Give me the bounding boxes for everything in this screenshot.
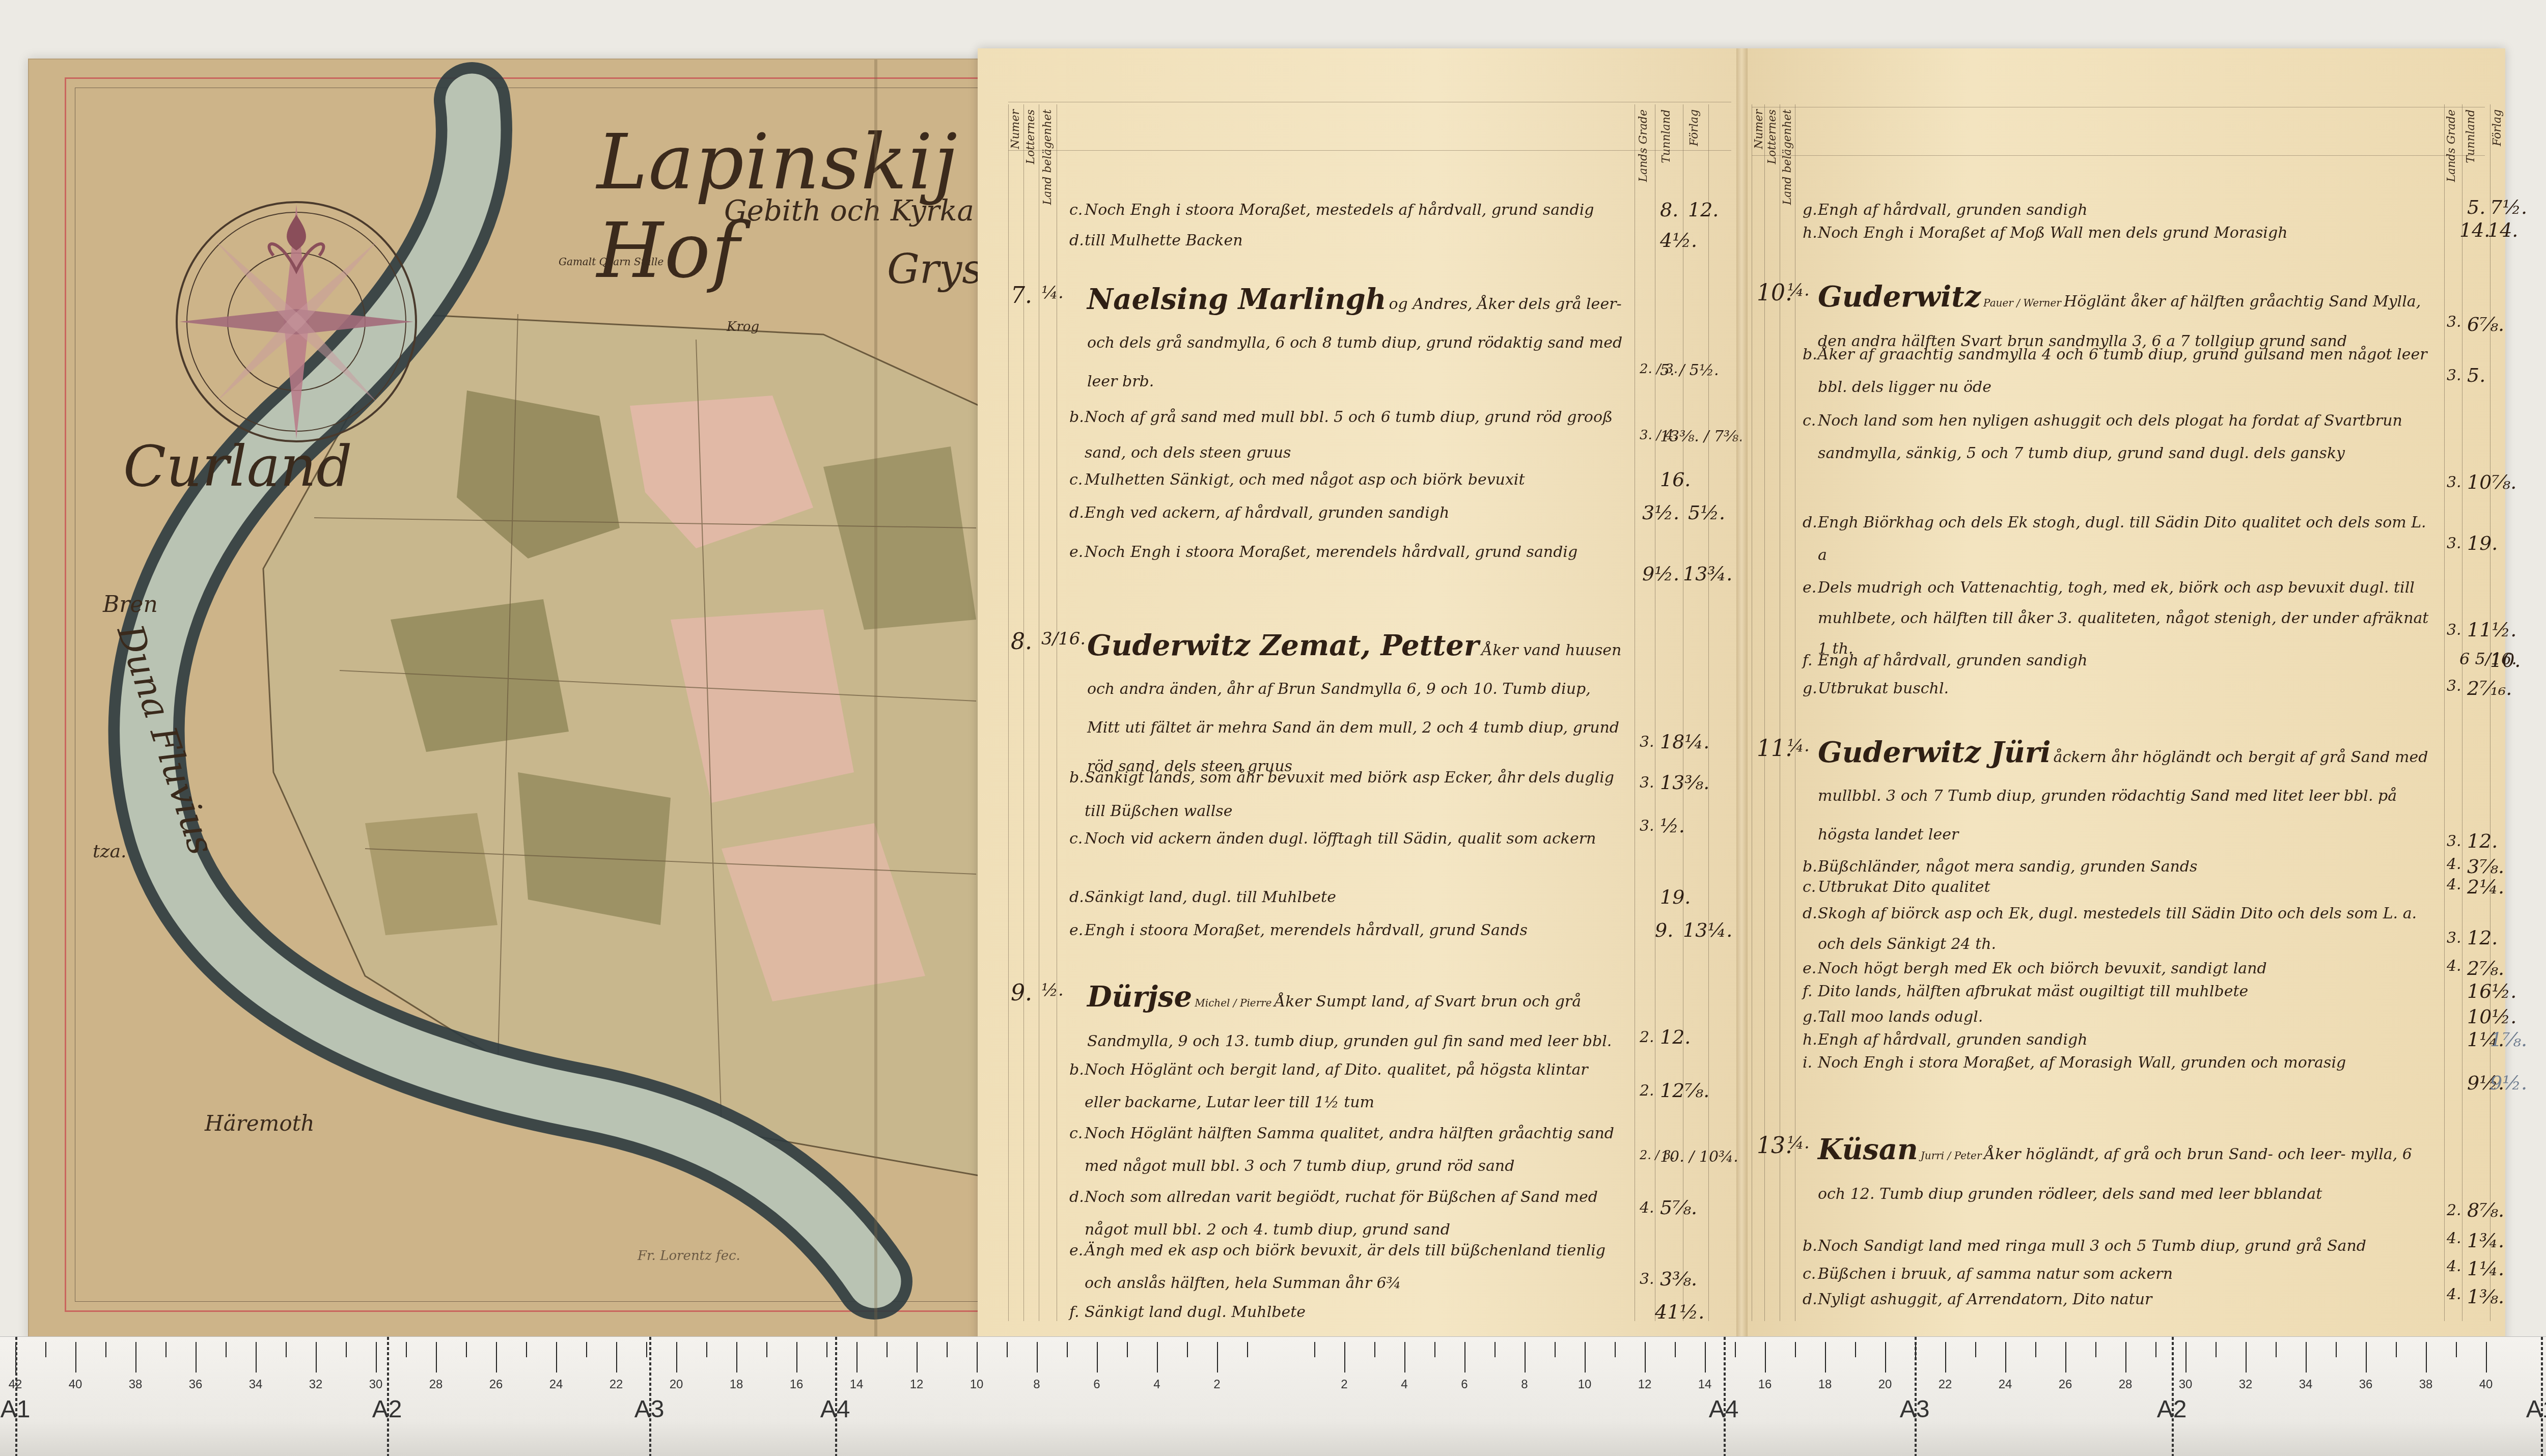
ruler-tick [766, 1342, 767, 1357]
row-value: 5⅞. [1660, 1196, 1697, 1219]
ruler-number: 24 [549, 1378, 563, 1392]
ruler-tick [2456, 1342, 2457, 1357]
row-extra: 9½. [2490, 1072, 2527, 1094]
ruler-tick [2185, 1342, 2187, 1373]
row-value: ½. [1660, 815, 1685, 837]
ruler-number: 8 [1033, 1378, 1040, 1392]
ledger-row: c.Mulhetten Sänkigt, och med något asp o… [1085, 471, 1525, 489]
ruler-number: 8 [1521, 1378, 1528, 1392]
column-header-lotter: Lotternes [1766, 109, 1779, 164]
ruler-tick [256, 1342, 257, 1373]
row-value: 6⅞. [2467, 313, 2504, 335]
label-curland: Curland [123, 434, 352, 499]
ruler-number: 20 [670, 1378, 683, 1392]
ruler-number: 22 [1939, 1378, 1952, 1392]
row-grade: 3. [2447, 313, 2461, 331]
column-rule [2462, 104, 2462, 1321]
row-value: 18¼. [1660, 731, 1709, 753]
ruler-tick [376, 1342, 377, 1373]
column-rule [2444, 104, 2445, 1321]
row-grade: 3. [2447, 621, 2461, 639]
row-extra: 13¾. [1683, 563, 1732, 585]
column-header-grade: Lands Grade [2445, 109, 2458, 182]
ledger-row: g.Tall moo lands odugl. [1818, 1008, 1983, 1026]
ruler-tick [616, 1342, 617, 1373]
ruler-number: 32 [2239, 1378, 2253, 1392]
ruler-tick [1037, 1342, 1038, 1373]
ruler-tick [1097, 1342, 1098, 1373]
ruler-tick [526, 1342, 527, 1357]
row-value: 3⅜. [1660, 1268, 1697, 1290]
row-value: 3½. [1642, 501, 1679, 524]
ruler-tick [1067, 1342, 1068, 1357]
ruler-tick [706, 1342, 707, 1357]
ruler-tick [1525, 1342, 1526, 1373]
ruler-number: 4 [1401, 1378, 1407, 1392]
column-header-numer: Numer [1753, 109, 1765, 149]
ruler-number: 38 [129, 1378, 143, 1392]
row-extra: 5½. [1688, 501, 1725, 524]
row-value: 5. / 5½. [1660, 361, 1719, 379]
ruler-tick [496, 1342, 497, 1373]
row-extra: 12. [1688, 199, 1719, 221]
column-header-forlag: Förlag [2491, 109, 2504, 146]
paper-size-mark [1724, 1337, 1726, 1456]
row-extra: 13¼. [1683, 919, 1732, 941]
ruler-tick [1217, 1342, 1218, 1373]
ruler-tick [316, 1342, 317, 1373]
header-rule [1752, 107, 2485, 107]
ruler-tick [1404, 1342, 1405, 1373]
ledger-row: b.Büßchländer, något mera sandig, grunde… [1818, 858, 2197, 876]
ruler-tick [165, 1342, 167, 1357]
ruler-tick [1464, 1342, 1465, 1373]
ruler-tick [1675, 1342, 1676, 1357]
ruler-tick [1795, 1342, 1796, 1357]
ledger-row: h.Noch Engh i Moraßet af Moß Wall men de… [1818, 224, 2288, 242]
ruler-number: 10 [1578, 1378, 1592, 1392]
ruler-number: 30 [2179, 1378, 2193, 1392]
row-value: 11½. [2467, 619, 2516, 641]
ledger-row: e.Engh i stoora Moraßet, merendels hårdv… [1085, 921, 1528, 939]
ledger-entry-11: 11.¼. Guderwitz Jüri åckern åhr högländt… [1818, 736, 2429, 854]
ledger-row: c.Noch land som hen nyligen ashuggit och… [1818, 405, 2429, 470]
ruler-tick [1705, 1342, 1706, 1373]
ledger-row: c.Büßchen i bruuk, af samma natur som ac… [1818, 1265, 2173, 1283]
header-rule [1008, 150, 1731, 151]
ruler-tick [1825, 1342, 1826, 1373]
column-rule [1683, 104, 1683, 1321]
ruler-number: 24 [1999, 1378, 2012, 1392]
row-value: 12. [1660, 1026, 1691, 1048]
ruler-number: 28 [2119, 1378, 2133, 1392]
column-header-lotter: Lotternes [1025, 109, 1037, 164]
ruler-tick [45, 1342, 46, 1357]
ruler-tick [1495, 1342, 1496, 1357]
label-gamalt-qvarn: Gamalt Qvarn Ställe [559, 256, 663, 268]
ledger-row: e.Noch högt bergh med Ek och biörch bevu… [1818, 960, 2267, 977]
row-grade: 4. [1640, 1199, 1654, 1217]
row-value: 2⅞. [2467, 957, 2504, 979]
map-subtitle: Gebith och Kyrka [724, 194, 974, 228]
ledger-row: h.Engh af hårdvall, grunden sandigh [1818, 1031, 2088, 1049]
ruler-tick [676, 1342, 677, 1373]
ledger-row: i.Noch Engh i stora Moraßet, af Morasigh… [1818, 1054, 2346, 1072]
ledger-row: g.Utbrukat buschl. [1818, 680, 1949, 697]
ledger-row: c.Noch vid ackern änden dugl. löfftagh t… [1085, 822, 1624, 856]
ruler-number: 18 [730, 1378, 743, 1392]
paper-size-mark [2172, 1337, 2174, 1456]
ruler-number: 40 [69, 1378, 82, 1392]
ruler-tick [436, 1342, 437, 1373]
historical-map: Lapinskij Hof Gebith och Kyrka Gryst Cur… [28, 59, 987, 1343]
row-grade: 3. [2447, 535, 2461, 552]
ruler-tick [2486, 1342, 2487, 1373]
ruler-number: 12 [1638, 1378, 1652, 1392]
ruler-number: 22 [610, 1378, 623, 1392]
ledger-spine [1736, 48, 1748, 1352]
ruler-tick [2125, 1342, 2126, 1373]
ruler-tick [1945, 1342, 1946, 1373]
row-grade: 4. [2447, 1257, 2461, 1275]
ledger-row: d.till Mulhette Backen [1085, 232, 1242, 249]
ruler-tick [917, 1342, 918, 1373]
ruler-tick [826, 1342, 827, 1357]
ruler-tick [135, 1342, 136, 1373]
column-rule [1752, 104, 1752, 1321]
row-value: 2¼. [2467, 876, 2504, 898]
row-value: 9½. [1642, 563, 1679, 585]
ruler-tick [105, 1342, 106, 1357]
ruler-tick [2005, 1342, 2006, 1373]
ruler-tick [556, 1342, 557, 1373]
column-rule [1039, 104, 1039, 1321]
land-register-ledger: Numer Lotternes Land belägenhet Lands Gr… [978, 48, 2505, 1352]
ruler-tick [1555, 1342, 1556, 1357]
ruler-number: 2 [1341, 1378, 1347, 1392]
header-rule [1008, 102, 1731, 102]
ruler-tick [1735, 1342, 1736, 1357]
ledger-row: b.Noch af grå sand med mull bbl. 5 och 6… [1085, 400, 1624, 471]
column-header-forlag: Förlag [1688, 109, 1701, 146]
ruler-tick [346, 1342, 347, 1357]
ruler-tick [646, 1342, 647, 1357]
ruler-tick [2306, 1342, 2307, 1373]
row-value: 10½. [2467, 1005, 2516, 1028]
ledger-row: d.Sänkigt land, dugl. till Muhlbete [1085, 888, 1336, 906]
ledger-row: f.Dito lands, hälften afbrukat mäst ougi… [1818, 983, 2248, 1000]
ruler-tick [226, 1342, 227, 1357]
paper-size-mark [15, 1337, 17, 1456]
column-header-belagenhet: Land belägenhet [1781, 109, 1794, 205]
row-value: 3⅞. [2467, 855, 2504, 878]
ruler-tick [1975, 1342, 1976, 1357]
ledger-row: c.Noch Höglänt hälften Samma qualitet, a… [1085, 1117, 1624, 1183]
row-grade: 4. [2447, 855, 2461, 873]
ruler-tick [1157, 1342, 1158, 1373]
ruler-number: 10 [970, 1378, 984, 1392]
row-value: 12. [2467, 830, 2498, 852]
paper-size-mark [835, 1337, 837, 1456]
row-value: 12. [2467, 927, 2498, 949]
row-value: 9. [1655, 919, 1673, 941]
paper-size-mark [387, 1337, 389, 1456]
ledger-row: d.Skogh af biörck asp och Ek, dugl. mest… [1818, 899, 2429, 960]
ruler-tick [2366, 1342, 2367, 1373]
label-krog: Krog [727, 319, 759, 334]
ledger-entry-13: 13.¼. Küsan Jurri / Peter Åker högländt,… [1818, 1133, 2429, 1214]
ruler-tick [856, 1342, 857, 1373]
row-value: 8. [1660, 199, 1678, 221]
ruler-tick [2065, 1342, 2066, 1373]
column-header-belagenhet: Land belägenhet [1041, 109, 1054, 205]
ruler-tick [75, 1342, 76, 1373]
ruler-number: 12 [910, 1378, 924, 1392]
ruler-number: 26 [2059, 1378, 2072, 1392]
ruler-tick [736, 1342, 737, 1373]
ledger-row: d.Engh ved ackern, af hårdvall, grunden … [1085, 504, 1449, 522]
row-value: 16½. [2467, 980, 2516, 1002]
column-rule [2490, 104, 2490, 1321]
ruler-number: 32 [309, 1378, 323, 1392]
row-value: 16. [1660, 468, 1691, 491]
ruler-number: 18 [1818, 1378, 1832, 1392]
row-grade: 2. [1640, 1082, 1654, 1100]
row-value: 19. [2467, 532, 2498, 554]
row-value: 8⅞. [2467, 1199, 2504, 1221]
ledger-row: c.Utbrukat Dito qualitet [1818, 878, 1990, 896]
ruler-tick [1855, 1342, 1856, 1357]
label-haremoth: Häremoth [205, 1111, 315, 1136]
ledger-row: g.Engh af hårdvall, grunden sandigh [1818, 201, 2088, 219]
row-extra: 14. [2487, 219, 2518, 241]
ledger-row: b.Åker af graachtig sandmylla 4 och 6 tu… [1818, 339, 2429, 404]
row-value: 5. [2467, 364, 2485, 386]
measurement-ruler: 4240383634323028262422201816141210864224… [0, 1336, 2546, 1456]
ruler-number: 34 [2299, 1378, 2313, 1392]
ruler-number: 6 [1093, 1378, 1100, 1392]
paper-size-mark [649, 1337, 651, 1456]
column-header-grade: Lands Grade [1637, 109, 1650, 182]
map-fold-line [874, 60, 877, 1342]
ruler-tick [1187, 1342, 1188, 1357]
ruler-number: 30 [369, 1378, 383, 1392]
ruler-tick [2396, 1342, 2397, 1357]
scanned-document: Lapinskij Hof Gebith och Kyrka Gryst Cur… [0, 0, 2546, 1456]
ruler-tick [1344, 1342, 1345, 1373]
ledger-row: f.Sänkigt land dugl. Muhlbete [1085, 1303, 1306, 1321]
ruler-tick [2336, 1342, 2337, 1357]
row-value: 5. [2467, 196, 2485, 218]
ledger-entry-9: 9.½. Dürjse Michel / Pierre Åker Sumpt l… [1087, 980, 1627, 1061]
row-value: 14. [2459, 219, 2490, 241]
ruler-tick [947, 1342, 948, 1357]
ruler-number: 6 [1461, 1378, 1468, 1392]
row-value: 13⅜. / 7⅜. [1660, 428, 1744, 445]
ruler-number: 14 [1698, 1378, 1712, 1392]
paper-size-mark [1915, 1337, 1917, 1456]
ruler-tick [466, 1342, 467, 1357]
ledger-entry-7: 7.¼. Naelsing Marlingh og Andres, Åker d… [1087, 283, 1627, 401]
label-tza: tza. [93, 841, 126, 862]
ledger-row: e.Noch Engh i stoora Moraßet, merendels … [1085, 535, 1624, 570]
ledger-row: b.Sänkigt lands, som åhr bevuxit med biö… [1085, 761, 1624, 828]
ruler-tick [586, 1342, 587, 1357]
ruler-tick [977, 1342, 978, 1373]
ruler-tick [1247, 1342, 1248, 1357]
ledger-row: f.Engh af hårdvall, grunden sandigh [1818, 652, 2088, 669]
ruler-number: 26 [489, 1378, 503, 1392]
ruler-number: 36 [2359, 1378, 2373, 1392]
row-value: 10⅞. [2467, 471, 2516, 493]
ruler-tick [2276, 1342, 2277, 1357]
ruler-tick [406, 1342, 407, 1357]
ledger-row: d.Engh Biörkhag och dels Ek stogh, dugl.… [1818, 507, 2429, 572]
ledger-row: c.Noch Engh i stoora Moraßet, mestedels … [1085, 201, 1594, 219]
paper-size-mark [2541, 1337, 2543, 1456]
row-grade: 3. [1640, 733, 1654, 751]
ledger-row: b.Noch Sandigt land med ringa mull 3 och… [1818, 1237, 2366, 1255]
row-grade: 3. [2447, 473, 2461, 491]
ruler-tick [1585, 1342, 1586, 1373]
ruler-number: 2 [1213, 1378, 1220, 1392]
ruler-number: 34 [249, 1378, 263, 1392]
ruler-number: 20 [1878, 1378, 1892, 1392]
row-grade: 3. [2447, 367, 2461, 384]
ruler-tick [1885, 1342, 1886, 1373]
ruler-tick [1374, 1342, 1375, 1357]
ledger-row: e.Dels mudrigh och Vattenachtig, togh, m… [1818, 573, 2429, 664]
column-header-numer: Numer [1009, 109, 1022, 149]
compass-rose-icon [169, 194, 424, 449]
row-grade: 4. [2447, 1229, 2461, 1247]
paper-size-label: A1 [2526, 1395, 2546, 1423]
ruler-tick [1615, 1342, 1616, 1357]
ruler-tick [286, 1342, 287, 1357]
ruler-tick [796, 1342, 797, 1373]
ruler-tick [1007, 1342, 1008, 1357]
row-grade: 3. [2447, 677, 2461, 695]
row-value: 2⁷⁄₁₆. [2467, 677, 2512, 699]
row-value: 4½. [1660, 229, 1697, 251]
ruler-tick [2246, 1342, 2247, 1373]
map-signature: Fr. Lorentz fec. [638, 1248, 740, 1264]
row-grade: 3. [2447, 832, 2461, 850]
ruler-number: 14 [850, 1378, 864, 1392]
ruler-tick [1127, 1342, 1128, 1357]
row-grade: 4. [2447, 876, 2461, 893]
row-grade: 4. [2447, 957, 2461, 975]
row-grade: 3. [1640, 774, 1654, 792]
ledger-row: b.Noch Höglänt och bergit land, af Dito.… [1085, 1054, 1624, 1119]
column-header-tunnland: Tunnland [1660, 109, 1673, 163]
row-extra: 10. [2490, 649, 2521, 671]
ruler-tick [2035, 1342, 2036, 1357]
ledger-row: e.Ängh med ek asp och biörk bevuxit, är … [1085, 1235, 1624, 1300]
ruler-tick [1645, 1342, 1646, 1373]
row-value: 1¼. [2467, 1257, 2504, 1280]
row-grade: 2. [1640, 1028, 1654, 1046]
row-grade: 3. [2447, 929, 2461, 947]
ruler-tick [2426, 1342, 2427, 1373]
ruler-tick [1765, 1342, 1766, 1373]
column-rule [1635, 104, 1635, 1321]
ruler-number: 28 [429, 1378, 443, 1392]
row-grade: 2. [2447, 1201, 2461, 1219]
row-value: 19. [1660, 886, 1691, 908]
column-rule [1008, 104, 1009, 1321]
header-rule [1752, 155, 2485, 156]
ruler-tick [1314, 1342, 1315, 1357]
row-value: 12⅞. [1660, 1079, 1709, 1102]
ruler-number: 4 [1153, 1378, 1160, 1392]
column-rule [1655, 104, 1655, 1321]
ledger-right-page: Numer Lotternes Land belägenhet Lands Gr… [1741, 48, 2505, 1352]
ruler-tick [2095, 1342, 2096, 1357]
row-grade: 3. [1640, 1270, 1654, 1288]
ruler-tick [196, 1342, 197, 1373]
row-grade: 4. [2447, 1285, 2461, 1303]
row-extra: 1⅞. [2490, 1028, 2527, 1051]
row-value: 1⅜. [2467, 1285, 2504, 1308]
row-value: 1¾. [2467, 1229, 2504, 1252]
ruler-number: 16 [790, 1378, 804, 1392]
ruler-number: 36 [189, 1378, 203, 1392]
ruler-tick [2155, 1342, 2156, 1357]
column-rule [1708, 104, 1709, 1321]
ruler-number: 38 [2419, 1378, 2433, 1392]
row-value: 13⅜. [1660, 771, 1709, 794]
column-header-tunnland: Tunnland [2465, 109, 2477, 163]
ruler-tick [887, 1342, 888, 1357]
ruler-tick [1434, 1342, 1435, 1357]
row-value: 10. / 10¾. [1660, 1148, 1738, 1166]
ruler-number: 16 [1758, 1378, 1772, 1392]
row-value: 41½. [1655, 1301, 1704, 1323]
ledger-row: d.Nyligt ashuggit, af Arrendatorn, Dito … [1818, 1291, 2152, 1308]
row-grade: 3. [1640, 817, 1654, 835]
label-bren: Bren [103, 592, 158, 618]
ruler-tick [2216, 1342, 2217, 1357]
ledger-left-page: Numer Lotternes Land belägenhet Lands Gr… [978, 48, 1741, 1352]
row-extra: 7½. [2490, 196, 2527, 218]
ruler-number: 40 [2479, 1378, 2493, 1392]
